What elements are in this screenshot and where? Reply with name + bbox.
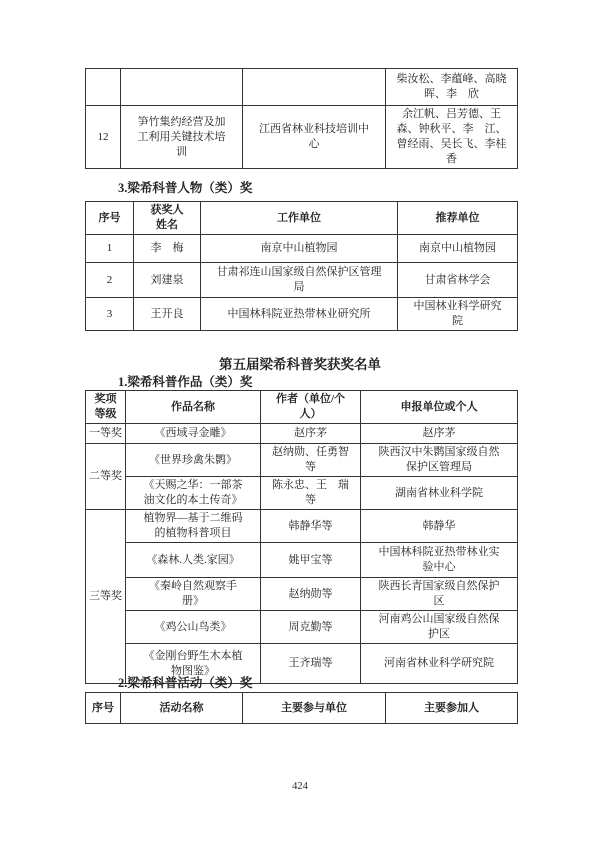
seq-cell: 3 xyxy=(86,298,134,331)
work-title-cell: 《西域寻金雕》 xyxy=(126,424,261,444)
table-row: 《森林.人类.家园》 姚甲宝等 中国林科院亚热带林业实 验中心 xyxy=(86,543,518,578)
authors-header: 作者（单位/个 人） xyxy=(261,391,361,424)
table-row: 《天赐之华：一部茶 油文化的本土传奇》 陈永忠、王 瑞 等 湖南省林业科学院 xyxy=(86,477,518,510)
works-award-table: 奖项 等级 作品名称 作者（单位/个 人） 申报单位或个人 一等奖 《西域寻金雕… xyxy=(85,390,518,684)
section-heading-people: 3.梁希科普人物（类）奖 xyxy=(118,181,252,196)
page-number: 424 xyxy=(0,781,600,792)
activity-cell xyxy=(121,69,243,106)
authors-cell: 赵序茅 xyxy=(261,424,361,444)
applicant-cell: 中国林科院亚热带林业实 验中心 xyxy=(361,543,518,578)
section-heading-activities: 2.梁希科普活动（类）奖 xyxy=(118,676,252,691)
table-row: 1 李 梅 南京中山植物园 南京中山植物园 xyxy=(86,235,518,263)
work-title-cell: 《鸡公山鸟类》 xyxy=(126,611,261,644)
authors-cell: 韩静华等 xyxy=(261,510,361,543)
table-row: 柴汝松、李蕴峰、高晓 晖、李 欣 xyxy=(86,69,518,106)
section-heading-works: 1.梁希科普作品（类）奖 xyxy=(118,375,252,390)
grade-cell: 一等奖 xyxy=(86,424,126,444)
authors-cell: 陈永忠、王 瑞 等 xyxy=(261,477,361,510)
participants-header: 主要参加人 xyxy=(386,693,518,724)
work-title-cell: 《森林.人类.家园》 xyxy=(126,543,261,578)
recommender-cell: 中国林业科学研究 院 xyxy=(398,298,518,331)
work-title-header: 作品名称 xyxy=(126,391,261,424)
work-title-cell: 《天赐之华：一部茶 油文化的本土传奇》 xyxy=(126,477,261,510)
activities-continuation-table: 柴汝松、李蕴峰、高晓 晖、李 欣 12 笋竹集约经营及加 工利用关键技术培 训 … xyxy=(85,68,518,169)
table-header-row: 序号 获奖人 姓名 工作单位 推荐单位 xyxy=(86,202,518,235)
work-unit-cell: 中国林科院亚热带林业研究所 xyxy=(201,298,398,331)
unit-cell xyxy=(243,69,386,106)
applicant-cell: 赵序茅 xyxy=(361,424,518,444)
participants-cell: 余江帆、吕芳德、王 森、钟秋平、李 江、 曾经雨、吴长飞、李桂 香 xyxy=(386,106,518,169)
activity-cell: 笋竹集约经营及加 工利用关键技术培 训 xyxy=(121,106,243,169)
work-unit-cell: 南京中山植物园 xyxy=(201,235,398,263)
unit-cell: 江西省林业科技培训中 心 xyxy=(243,106,386,169)
seq-cell: 1 xyxy=(86,235,134,263)
authors-cell: 王齐瑞等 xyxy=(261,644,361,684)
seq-header: 序号 xyxy=(86,202,134,235)
table-header-row: 奖项 等级 作品名称 作者（单位/个 人） 申报单位或个人 xyxy=(86,391,518,424)
grade-cell: 二等奖 xyxy=(86,444,126,510)
seq-cell: 12 xyxy=(86,106,121,169)
table-header-row: 序号 活动名称 主要参与单位 主要参加人 xyxy=(86,693,518,724)
applicant-cell: 河南鸡公山国家级自然保 护区 xyxy=(361,611,518,644)
recommender-header: 推荐单位 xyxy=(398,202,518,235)
seq-cell: 2 xyxy=(86,263,134,298)
table-row: 《秦岭自然观察手 册》 赵纳勋等 陕西长青国家级自然保护 区 xyxy=(86,578,518,611)
table-row: 《鸡公山鸟类》 周克勤等 河南鸡公山国家级自然保 护区 xyxy=(86,611,518,644)
participants-cell: 柴汝松、李蕴峰、高晓 晖、李 欣 xyxy=(386,69,518,106)
activities-award-table: 序号 活动名称 主要参与单位 主要参加人 xyxy=(85,692,518,724)
work-title-cell: 《世界珍禽朱鹮》 xyxy=(126,444,261,477)
applicant-header: 申报单位或个人 xyxy=(361,391,518,424)
seq-cell xyxy=(86,69,121,106)
applicant-cell: 河南省林业科学研究院 xyxy=(361,644,518,684)
table-row: 2 刘建泉 甘肃祁连山国家级自然保护区管理 局 甘肃省林学会 xyxy=(86,263,518,298)
table-row: 三等奖 植物界—基于二维码 的植物科普项目 韩静华等 韩静华 xyxy=(86,510,518,543)
authors-cell: 赵纳勋等 xyxy=(261,578,361,611)
work-title-cell: 植物界—基于二维码 的植物科普项目 xyxy=(126,510,261,543)
table-row: 一等奖 《西域寻金雕》 赵序茅 赵序茅 xyxy=(86,424,518,444)
work-unit-header: 工作单位 xyxy=(201,202,398,235)
recommender-cell: 甘肃省林学会 xyxy=(398,263,518,298)
applicant-cell: 陕西汉中朱鹮国家级自然 保护区管理局 xyxy=(361,444,518,477)
name-header: 获奖人 姓名 xyxy=(134,202,201,235)
recommender-cell: 南京中山植物园 xyxy=(398,235,518,263)
work-title-cell: 《秦岭自然观察手 册》 xyxy=(126,578,261,611)
authors-cell: 周克勤等 xyxy=(261,611,361,644)
document-page: 柴汝松、李蕴峰、高晓 晖、李 欣 12 笋竹集约经营及加 工利用关键技术培 训 … xyxy=(0,0,600,848)
seq-header: 序号 xyxy=(86,693,121,724)
applicant-cell: 韩静华 xyxy=(361,510,518,543)
grade-cell: 三等奖 xyxy=(86,510,126,684)
grade-header: 奖项 等级 xyxy=(86,391,126,424)
name-cell: 李 梅 xyxy=(134,235,201,263)
table-row: 3 王开良 中国林科院亚热带林业研究所 中国林业科学研究 院 xyxy=(86,298,518,331)
name-cell: 刘建泉 xyxy=(134,263,201,298)
activity-name-header: 活动名称 xyxy=(121,693,243,724)
authors-cell: 赵纳勋、任勇智 等 xyxy=(261,444,361,477)
table-row: 12 笋竹集约经营及加 工利用关键技术培 训 江西省林业科技培训中 心 余江帆、… xyxy=(86,106,518,169)
document-title: 第五届梁希科普奖获奖名单 xyxy=(0,357,600,373)
name-cell: 王开良 xyxy=(134,298,201,331)
participating-units-header: 主要参与单位 xyxy=(243,693,386,724)
table-row: 二等奖 《世界珍禽朱鹮》 赵纳勋、任勇智 等 陕西汉中朱鹮国家级自然 保护区管理… xyxy=(86,444,518,477)
people-award-table: 序号 获奖人 姓名 工作单位 推荐单位 1 李 梅 南京中山植物园 南京中山植物… xyxy=(85,201,518,331)
authors-cell: 姚甲宝等 xyxy=(261,543,361,578)
applicant-cell: 湖南省林业科学院 xyxy=(361,477,518,510)
work-unit-cell: 甘肃祁连山国家级自然保护区管理 局 xyxy=(201,263,398,298)
applicant-cell: 陕西长青国家级自然保护 区 xyxy=(361,578,518,611)
